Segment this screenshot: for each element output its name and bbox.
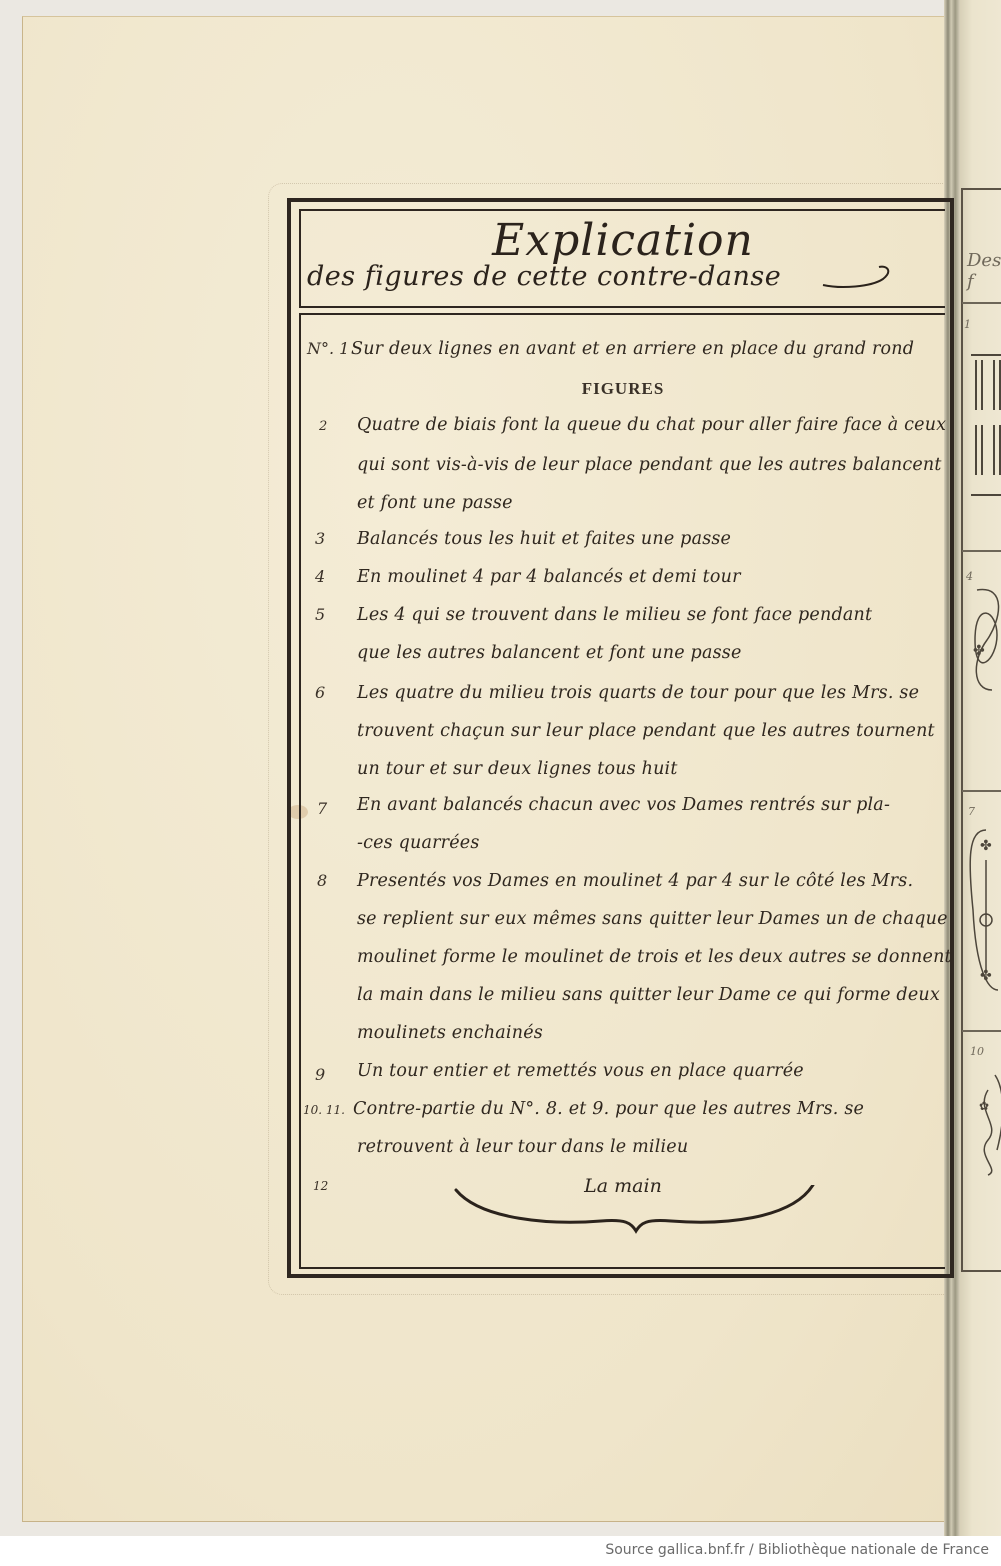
entry-text: Un tour entier et remettés vous en place… [357, 1061, 804, 1081]
source-attribution: Source gallica.bnf.fr / Bibliothèque nat… [605, 1542, 989, 1558]
entry-text: Les 4 qui se trouvent dans le milieu se … [357, 605, 872, 625]
footer-bar: Source gallica.bnf.fr / Bibliothèque nat… [0, 1536, 1001, 1566]
explanation-body: N°. 1 Sur deux lignes en avant et en arr… [299, 313, 945, 1269]
entry-text: et font une passe [357, 493, 513, 513]
entry-text: se replient sur eux mêmes sans quitter l… [357, 909, 948, 929]
dance-figure-diagram-icon: ✿ [975, 1070, 1001, 1180]
entry-text: retrouvent à leur tour dans le milieu [357, 1137, 688, 1157]
entry-text: moulinet forme le moulinet de trois et l… [357, 947, 952, 967]
page-title: Explication [301, 215, 945, 266]
dance-figure-diagram-icon: ✤ ✤ [968, 820, 1001, 1000]
dance-figure-diagram-icon [968, 350, 1001, 500]
flourish-ornament-icon [821, 263, 901, 293]
page-subtitle: des figures de cette contre-danse [307, 261, 781, 292]
svg-text:✿: ✿ [979, 1099, 989, 1113]
entry-text: moulinets enchainés [357, 1023, 543, 1043]
adjacent-page-rule [962, 1030, 1001, 1032]
entry-number: N°. 1 [307, 339, 357, 358]
entry-text: Contre-partie du N°. 8. et 9. pour que l… [353, 1099, 864, 1119]
section-heading: FIGURES [301, 379, 945, 399]
svg-text:✤: ✤ [980, 968, 992, 984]
entry-text: qui sont vis-à-vis de leur place pendant… [357, 455, 942, 475]
adjacent-figure-number: 10 [970, 1045, 984, 1058]
entry-text: Sur deux lignes en avant et en arriere e… [351, 339, 914, 359]
adjacent-figure-number: 7 [968, 805, 975, 818]
entry-text: que les autres balancent et font une pas… [357, 643, 742, 663]
entry-text: Les quatre du milieu trois quarts de tou… [357, 683, 919, 703]
decorative-brace-icon [451, 1185, 821, 1235]
adjacent-figure-number: 1 [964, 318, 971, 331]
adjacent-page-title: Des f [967, 250, 1001, 292]
title-cartouche: Explication des figures de cette contre-… [299, 209, 945, 308]
entry-number: 10. 11. [303, 1103, 353, 1117]
entry-text: la main dans le milieu sans quitter leur… [357, 985, 940, 1005]
entry-text: un tour et sur deux lignes tous huit [357, 759, 678, 779]
entry-text: Quatre de biais font la queue du chat po… [357, 415, 946, 435]
entry-text: Presentés vos Dames en moulinet 4 par 4 … [357, 871, 913, 891]
entry-text: En avant balancés chacun avec vos Dames … [357, 795, 890, 815]
svg-text:✤: ✤ [980, 838, 992, 854]
adjacent-page-rule [962, 550, 1001, 552]
entry-text: En moulinet 4 par 4 balancés et demi tou… [357, 567, 741, 587]
entry-text: Balancés tous les huit et faites une pas… [357, 529, 731, 549]
adjacent-page-rule [962, 790, 1001, 792]
dance-figure-diagram-icon: ✤ [967, 580, 1001, 700]
svg-text:✤: ✤ [973, 643, 985, 659]
adjacent-page-rule [962, 302, 1001, 304]
entry-text: trouvent chaçun sur leur place pendant q… [357, 721, 935, 741]
entry-text: -ces quarrées [357, 833, 480, 853]
